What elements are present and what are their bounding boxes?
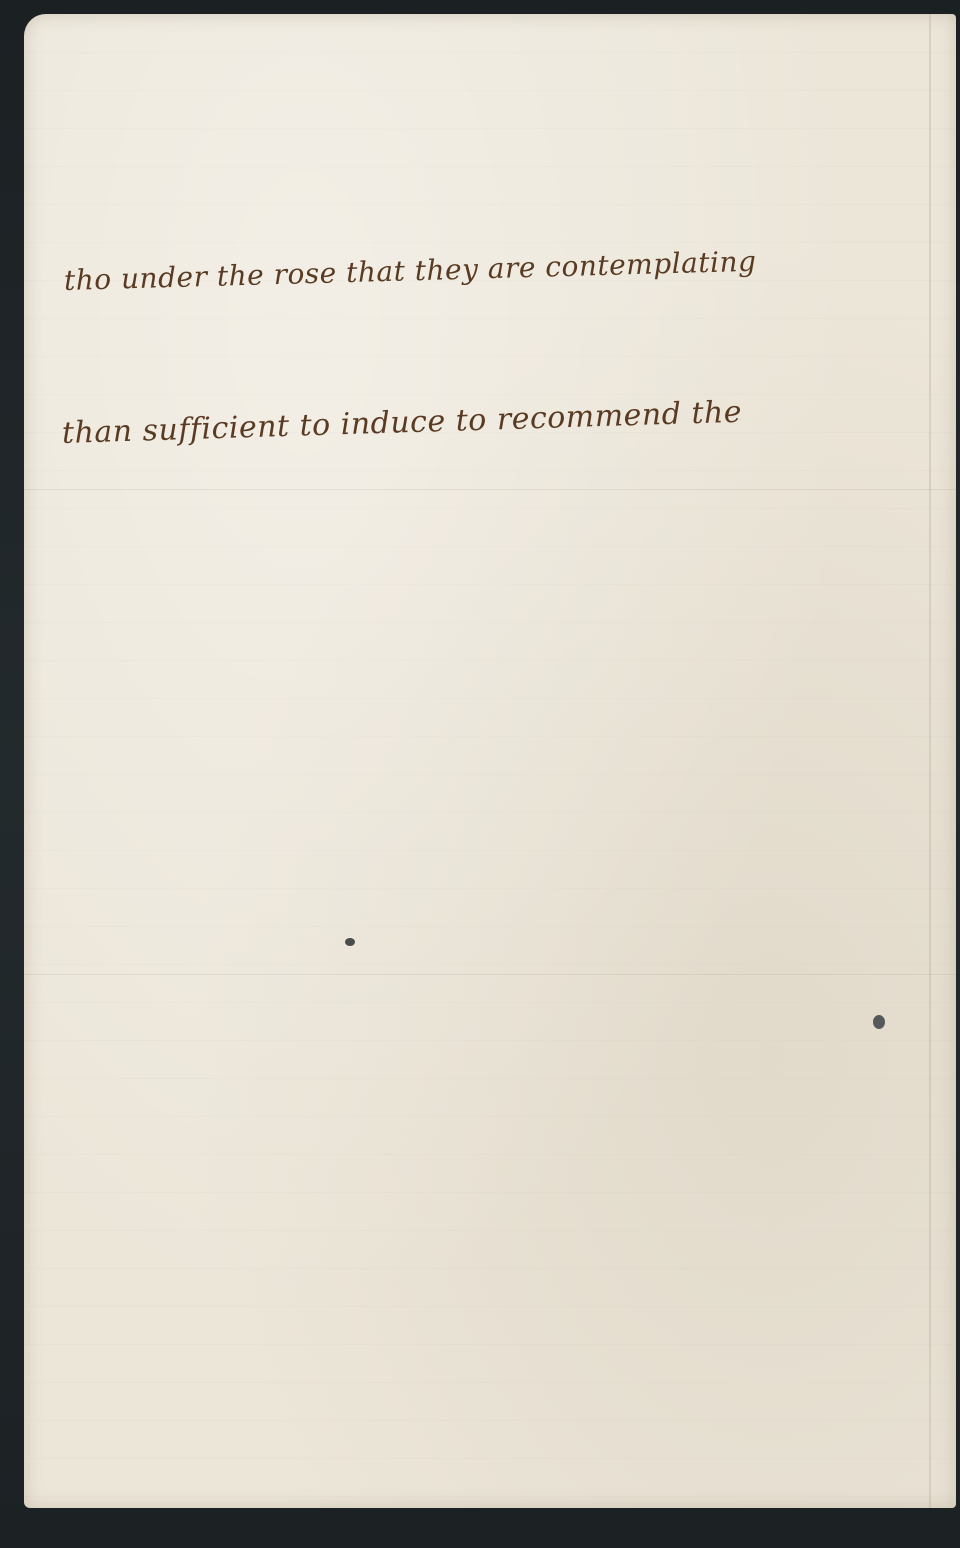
ink-blot: [873, 1015, 885, 1029]
manuscript-page: [24, 14, 956, 1508]
fold-line: [24, 974, 956, 975]
fold-line: [929, 14, 931, 1508]
fold-line: [24, 489, 956, 490]
ink-blot: [345, 938, 355, 946]
